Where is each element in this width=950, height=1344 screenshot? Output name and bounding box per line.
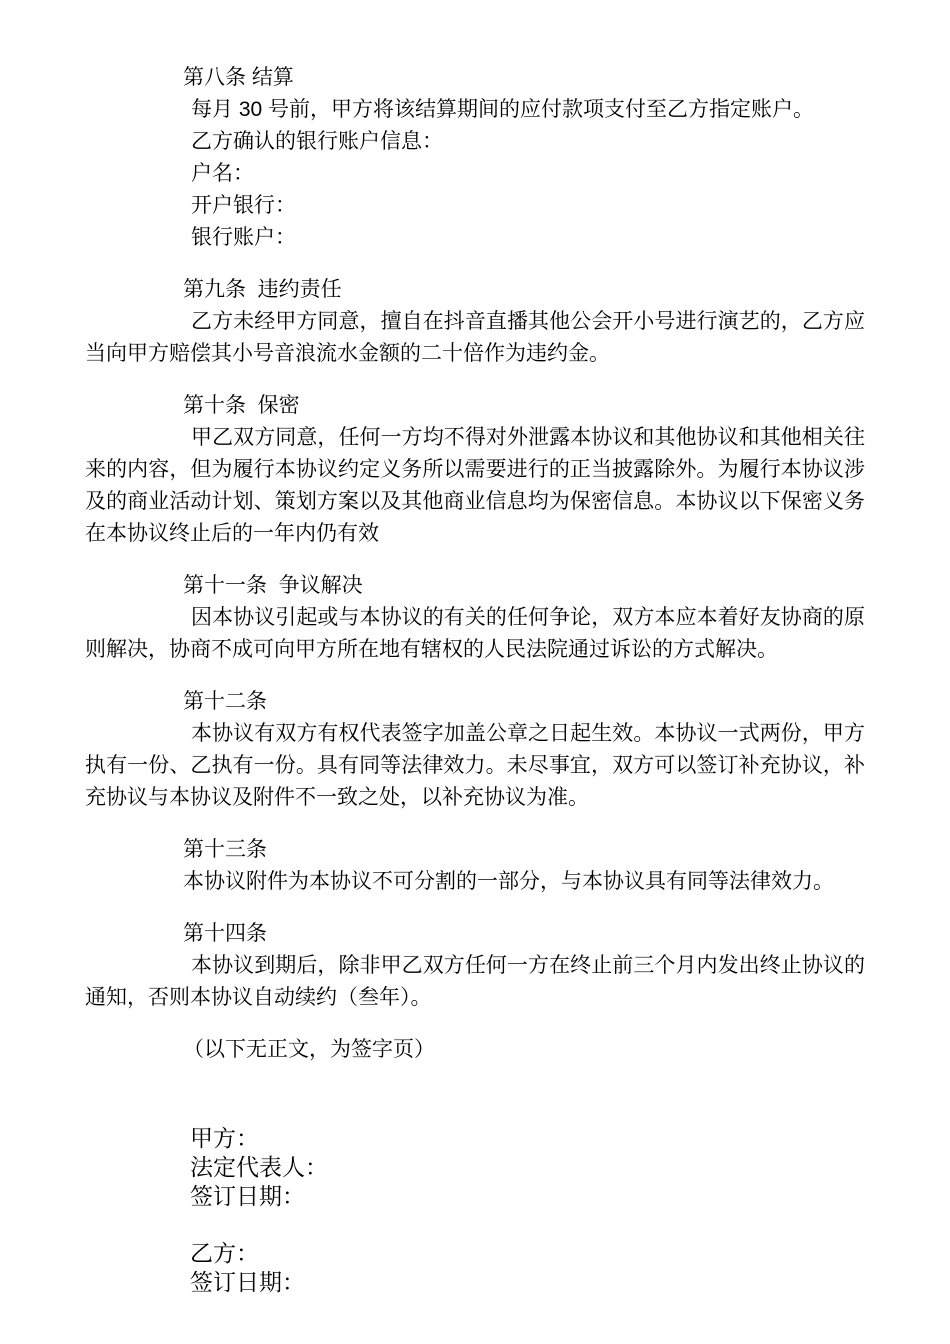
party-a-legal-representative-label: 法定代表人： [190, 1153, 865, 1182]
party-a-label: 甲方： [190, 1124, 865, 1153]
party-b-signing-date-label: 签订日期： [190, 1268, 865, 1297]
article-8-account-number-label: 银行账户： [85, 222, 865, 254]
article-11-paragraph: 因本协议引起或与本协议的有关的任何争论，双方本应本着好友协商的原则解决，协商不成… [85, 602, 865, 666]
article-13-heading: 第十三条 [183, 834, 865, 866]
contract-document-page: 第八条 结算 每月 30 号前，甲方将该结算期间的应付款项支付至乙方指定账户。 … [0, 0, 950, 1344]
party-a-signature-block: 甲方： 法定代表人： 签订日期： [190, 1124, 865, 1211]
article-9-heading: 第九条 违约责任 [183, 274, 865, 306]
section-article-8: 第八条 结算 每月 30 号前，甲方将该结算期间的应付款项支付至乙方指定账户。 … [85, 62, 865, 254]
article-11-heading: 第十一条 争议解决 [183, 570, 865, 602]
article-10-heading: 第十条 保密 [183, 390, 865, 422]
section-article-12: 第十二条 本协议有双方有权代表签字加盖公章之日起生效。本协议一式两份，甲方执有一… [85, 686, 865, 814]
article-12-paragraph: 本协议有双方有权代表签字加盖公章之日起生效。本协议一式两份，甲方执有一份、乙执有… [85, 718, 865, 814]
article-8-heading: 第八条 结算 [183, 62, 865, 94]
section-article-11: 第十一条 争议解决 因本协议引起或与本协议的有关的任何争论，双方本应本着好友协商… [85, 570, 865, 666]
party-b-label: 乙方： [190, 1239, 865, 1268]
party-b-signature-block: 乙方： 签订日期： [190, 1239, 865, 1297]
article-8-bank-info-label: 乙方确认的银行账户信息： [85, 126, 865, 158]
article-9-paragraph: 乙方未经甲方同意，擅自在抖音直播其他公会开小号进行演艺的，乙方应当向甲方赔偿其小… [85, 306, 865, 370]
section-article-13: 第十三条 本协议附件为本协议不可分割的一部分，与本协议具有同等法律效力。 [85, 834, 865, 898]
section-article-9: 第九条 违约责任 乙方未经甲方同意，擅自在抖音直播其他公会开小号进行演艺的，乙方… [85, 274, 865, 370]
signature-page-note: （以下无正文，为签字页） [183, 1034, 865, 1066]
article-14-paragraph: 本协议到期后，除非甲乙双方任何一方在终止前三个月内发出终止协议的通知，否则本协议… [85, 950, 865, 1014]
article-8-account-name-label: 户名： [85, 158, 865, 190]
article-10-paragraph: 甲乙双方同意，任何一方均不得对外泄露本协议和其他协议和其他相关往来的内容，但为履… [85, 422, 865, 550]
article-8-bank-label: 开户银行： [85, 190, 865, 222]
article-8-paragraph-settlement: 每月 30 号前，甲方将该结算期间的应付款项支付至乙方指定账户。 [85, 94, 865, 126]
article-12-heading: 第十二条 [183, 686, 865, 718]
party-a-signing-date-label: 签订日期： [190, 1182, 865, 1211]
section-article-10: 第十条 保密 甲乙双方同意，任何一方均不得对外泄露本协议和其他协议和其他相关往来… [85, 390, 865, 550]
article-14-heading: 第十四条 [183, 918, 865, 950]
article-13-paragraph: 本协议附件为本协议不可分割的一部分，与本协议具有同等法律效力。 [85, 866, 865, 898]
section-article-14: 第十四条 本协议到期后，除非甲乙双方任何一方在终止前三个月内发出终止协议的通知，… [85, 918, 865, 1014]
